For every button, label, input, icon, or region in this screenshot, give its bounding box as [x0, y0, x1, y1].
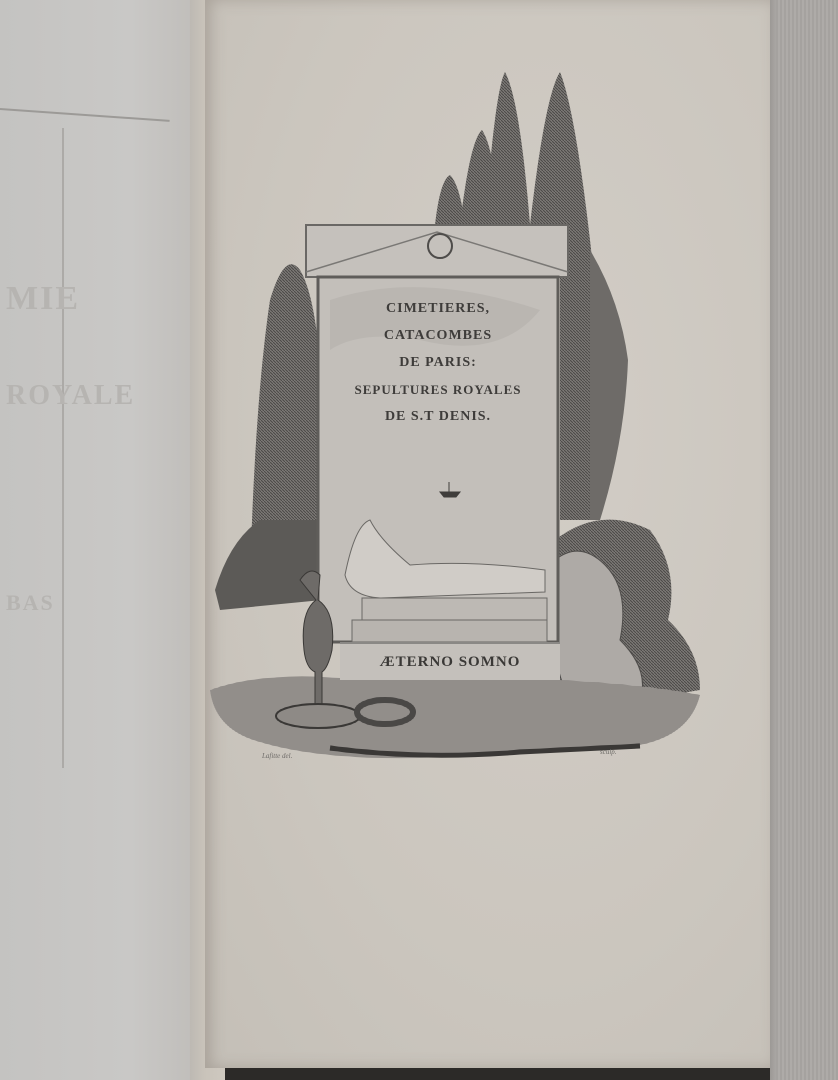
artist-credit-left: Lafitte del. — [262, 752, 292, 760]
plinth-motto: ÆTERNO SOMNO — [340, 642, 560, 680]
monument-inscription: CIMETIERES, CATACOMBES DE PARIS: SEPULTU… — [318, 295, 558, 430]
inscription-line: CIMETIERES, — [318, 295, 558, 322]
inscription-line: DE S.T DENIS. — [318, 403, 558, 430]
left-tree-icon — [215, 264, 322, 610]
inscription-line: CATACOMBES — [318, 322, 558, 349]
artist-credit-right: sculp. — [600, 748, 617, 756]
shrub-icon — [552, 520, 700, 700]
inscription-line: SEPULTURES ROYALES — [318, 376, 558, 403]
engraving-illustration — [0, 0, 838, 1080]
inscription-line: DE PARIS: — [318, 349, 558, 376]
